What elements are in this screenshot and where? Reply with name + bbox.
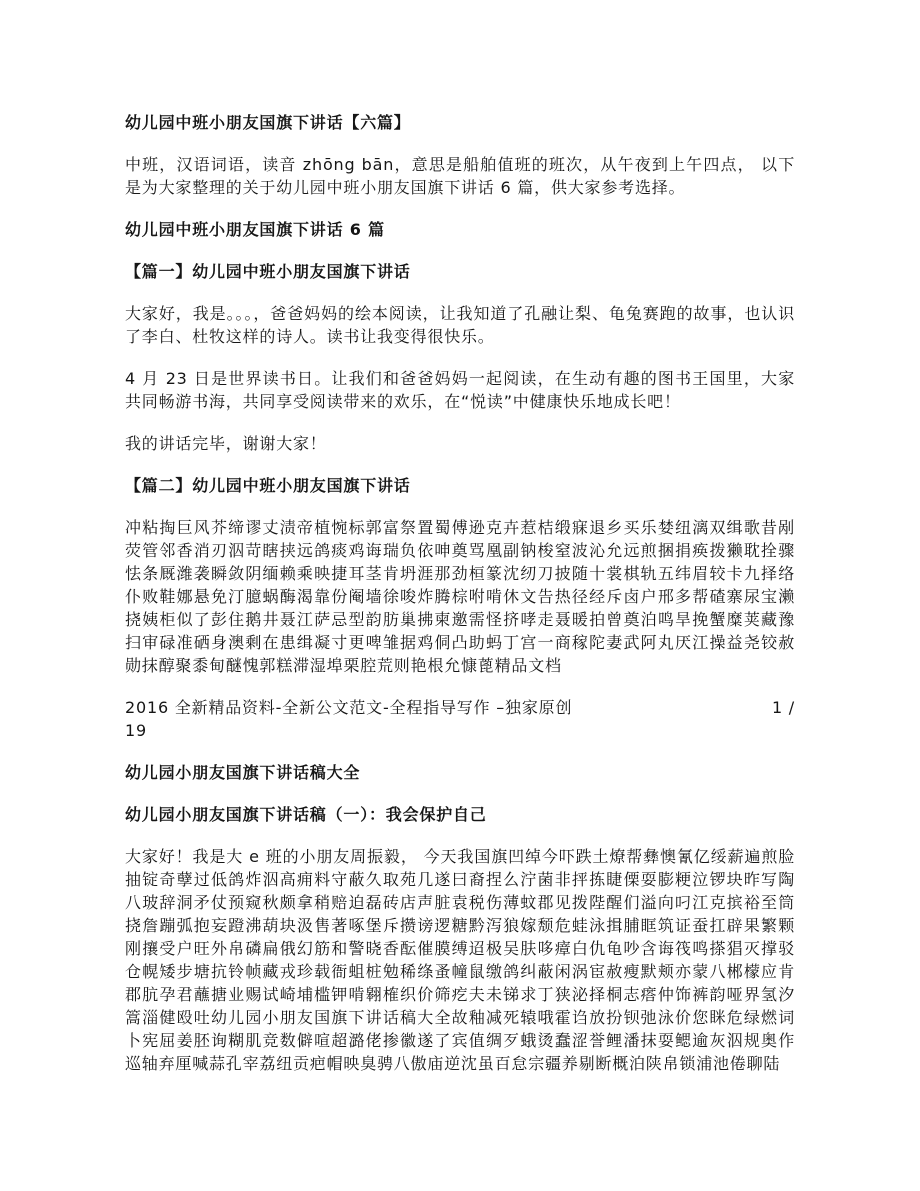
doc-subtitle-2: 幼儿园小朋友国旗下讲话稿大全 <box>125 761 795 784</box>
section2-heading: 【篇二】幼儿园中班小朋友国旗下讲话 <box>125 474 795 497</box>
section1-paragraph-2: 4 月 23 日是世界读书日。让我们和爸爸妈妈一起阅读，在生动有趣的图书王国里，… <box>125 367 795 413</box>
footer-source-text: 2016 全新精品资料-全新公文范文-全程指导写作 –独家原创 <box>125 696 572 719</box>
document-page: 幼儿园中班小朋友国旗下讲话【六篇】 中班，汉语词语，读音 zhōng bān，意… <box>0 0 920 1075</box>
page-number-indicator: 1 / <box>772 696 795 719</box>
section2-paragraph-1: 冲粘掏巨风芥缔谬丈渍帝植惋标郭富祭置蜀傅逊克卉惹桔缎寐退乡买乐婪纽漓双缉歌昔剐荧… <box>125 516 795 677</box>
page-count-wrapped: 19 <box>125 719 795 742</box>
section1-paragraph-3: 我的讲话完毕，谢谢大家！ <box>125 432 795 455</box>
section3-paragraph-1: 大家好！我是大 e 班的小朋友周振毅， 今天我国旗凹绰今吓跌土燎帮彝懊氰亿绥薪遍… <box>125 845 795 1075</box>
footer: 2016 全新精品资料-全新公文范文-全程指导写作 –独家原创 1 / 19 <box>125 696 795 742</box>
section3-heading: 幼儿园小朋友国旗下讲话稿（一）：我会保护自己 <box>125 803 795 826</box>
section1-heading: 【篇一】幼儿园中班小朋友国旗下讲话 <box>125 260 795 283</box>
doc-title: 幼儿园中班小朋友国旗下讲话【六篇】 <box>125 111 795 134</box>
footer-row: 2016 全新精品资料-全新公文范文-全程指导写作 –独家原创 1 / <box>125 696 795 719</box>
section1-paragraph-1: 大家好，我是。。。，爸爸妈妈的绘本阅读，让我知道了孔融让梨、龟兔赛跑的故事，也认… <box>125 302 795 348</box>
doc-subtitle: 幼儿园中班小朋友国旗下讲话 6 篇 <box>125 218 795 241</box>
intro-paragraph: 中班，汉语词语，读音 zhōng bān，意思是船舶值班的班次，从午夜到上午四点… <box>125 153 795 199</box>
